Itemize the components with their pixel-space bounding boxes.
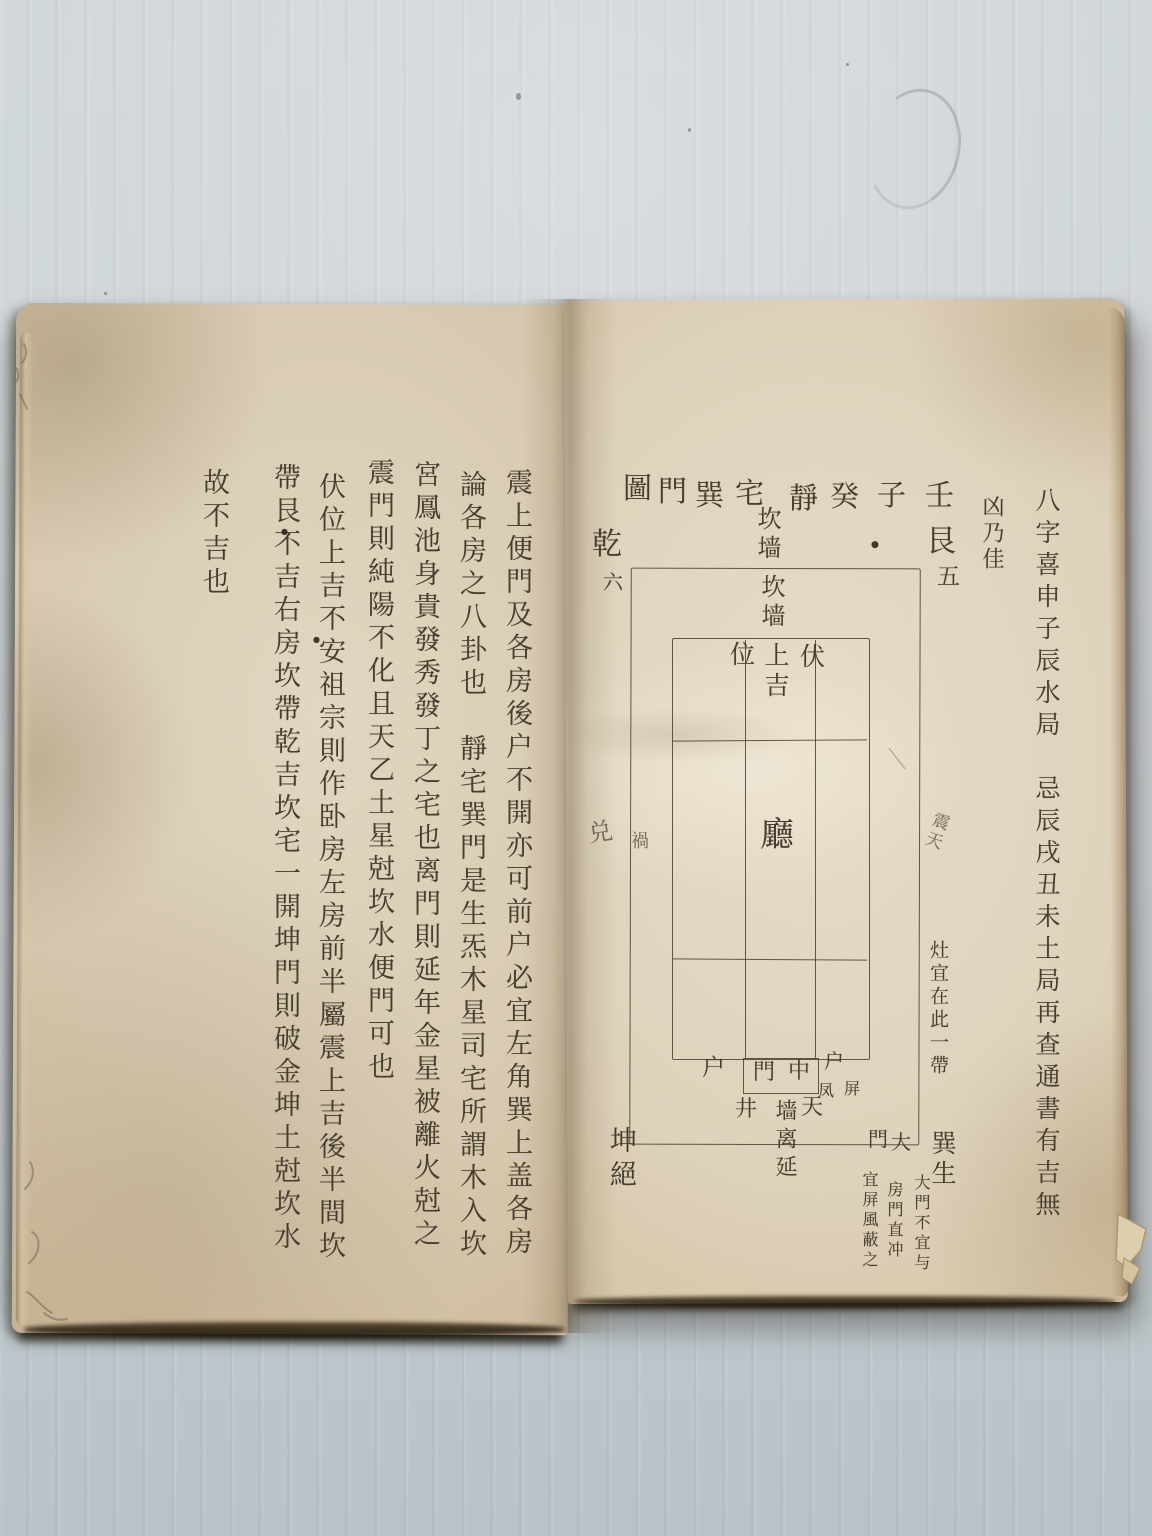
label-courtyard-tian: 天 <box>801 1097 829 1119</box>
title-char-zhai: 宅 <box>735 479 770 508</box>
label-fuwei-shangji: 上吉 <box>763 642 788 702</box>
note-bazi: 八字喜申子辰水局 忌辰戌丑未土局再查通書有吉無 <box>1034 487 1059 1223</box>
title-char-xun: 巽 <box>695 481 730 510</box>
label-main-gate-men: 門 <box>868 1129 894 1149</box>
manuscript-column-7: 故不吉也 <box>200 468 227 600</box>
title-char-men: 門 <box>658 477 693 506</box>
zi-position-dot: ● <box>871 541 885 550</box>
label-fuwei-fu: 伏 <box>800 644 831 669</box>
label-main-gate-da: 大 <box>891 1132 917 1152</box>
manuscript-column-3: 宮鳳池身貴發秀發丁之宅也离門則延年金星被離火尅之 <box>411 460 438 1252</box>
surface-speck <box>688 128 691 132</box>
label-kan-wall-inner: 坎墙 <box>759 574 783 632</box>
page-bottom-shadow <box>24 1322 564 1337</box>
emphasis-dot: ● <box>313 636 320 644</box>
label-middle-gate-men: 門 <box>753 1062 781 1084</box>
label-middle-gate-zhong: 中 <box>788 1061 816 1083</box>
direction-gui: 癸 <box>830 482 865 511</box>
note-gate-line-1: 大門不宜与 <box>913 1174 929 1274</box>
note-stove: 灶宜在此一帶 <box>928 940 947 1078</box>
label-courtyard-jing: 井 <box>735 1099 763 1121</box>
note-gate-line-2: 房門直冲 <box>886 1181 902 1261</box>
photo-scene: 震上便門及各房後户不開亦可前户必宜左角巽上盖各房論各房之八卦也 靜宅巽門是生炁木… <box>0 0 1152 1536</box>
note-xiong-nai-jia: 凶乃佳 <box>980 495 1002 573</box>
title-char-tu: 圖 <box>623 474 658 503</box>
label-xun-sheng: 巽生 <box>930 1130 955 1190</box>
title-char-jing: 靜 <box>789 484 824 513</box>
surface-ring-stain <box>855 79 974 220</box>
label-dui: 兑 <box>587 818 620 846</box>
manuscript-column-4: 震門則純陽不化且天乙土星尅坎水便門可也 <box>365 458 392 1085</box>
label-gen-wu: 五 <box>937 566 966 589</box>
label-kun-jue: 坤絕 <box>607 1126 634 1194</box>
manuscript-column-2: 論各房之八卦也 靜宅巽門是生炁木星司宅所謂木入坎 <box>457 470 484 1262</box>
label-wall-li-yan: 墙离延 <box>773 1099 795 1183</box>
manuscript-column-5: 伏位上吉不安祖宗則作卧房左房前半屬震上吉後半間坎 <box>316 472 343 1264</box>
label-screen-ping: 屏 <box>844 1081 866 1097</box>
label-hall: 廳 <box>760 818 800 852</box>
label-huohai: 禍 <box>631 833 655 851</box>
note-gate-line-3: 宜屏風蔽之 <box>861 1171 877 1271</box>
manuscript-column-1: 震上便門及各房後户不開亦可前户必宜左角巽上盖各房 <box>503 468 530 1260</box>
direction-zi: 子 <box>877 481 912 510</box>
manuscript-column-6: 帶艮不吉右房坎帶乾吉坎宅一開坤門則破金坤土尅坎水 <box>271 463 298 1255</box>
direction-ren: 壬 <box>925 481 960 510</box>
surface-speck <box>516 93 521 100</box>
label-qian-liu: 六 <box>603 572 629 592</box>
label-door-left: 户 <box>702 1057 731 1080</box>
page-bottom-shadow <box>575 1296 1115 1307</box>
label-qian: 乾 <box>592 530 628 560</box>
label-gen: 艮 <box>926 527 962 557</box>
surface-speck <box>104 292 107 295</box>
label-door-right: 户 <box>824 1051 850 1071</box>
surface-speck <box>846 63 849 66</box>
emphasis-dot: ● <box>281 528 288 536</box>
label-fuwei-wei: 位 <box>730 642 761 667</box>
label-kan-wall-outer: 坎墙 <box>755 506 779 564</box>
